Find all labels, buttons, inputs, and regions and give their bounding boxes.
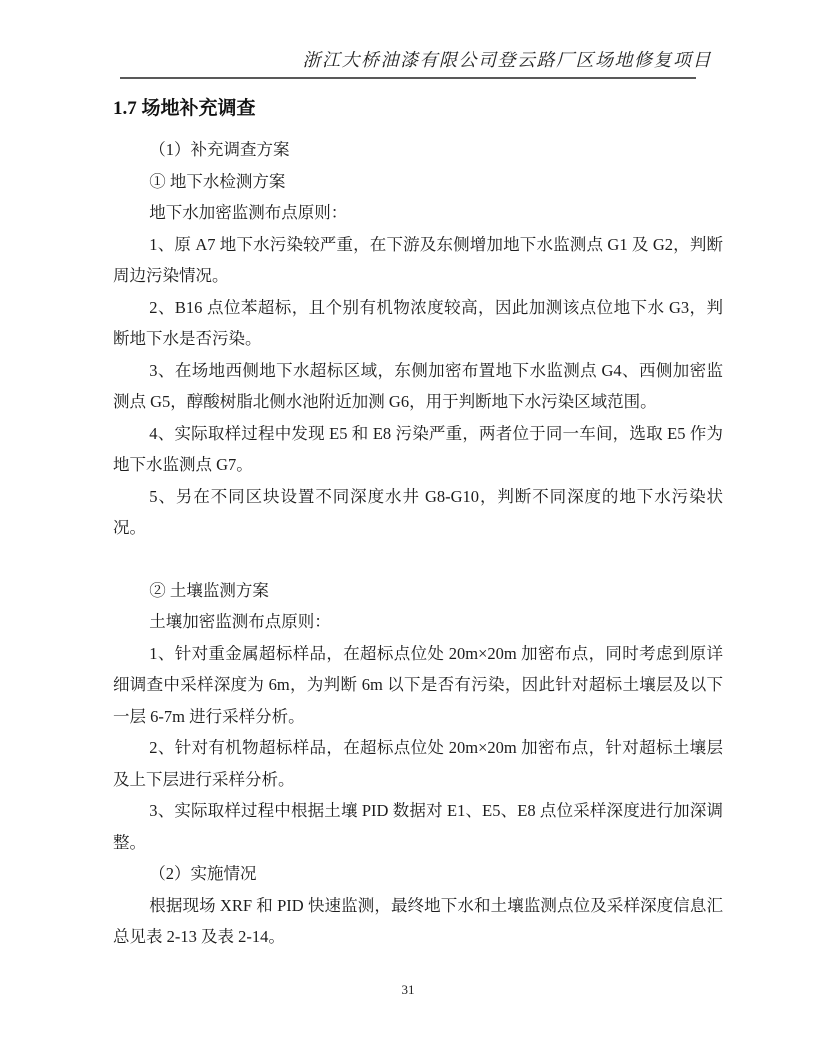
paragraph-groundwater-principle-title: 地下水加密监测布点原则： bbox=[113, 197, 723, 229]
paragraph-spacer bbox=[113, 544, 723, 575]
header-rule bbox=[120, 77, 696, 79]
page-number: 31 bbox=[0, 982, 816, 998]
header-title: 浙江大桥油漆有限公司登云路厂区场地修复项目 bbox=[113, 46, 712, 72]
paragraph-soil-item-3: 3、实际取样过程中根据土壤 PID 数据对 E1、E5、E8 点位采样深度进行加… bbox=[113, 795, 723, 858]
paragraph-implementation-title: （2）实施情况 bbox=[113, 858, 723, 890]
document-body: 1.7 场地补充调查 （1）补充调查方案 ① 地下水检测方案 地下水加密监测布点… bbox=[113, 88, 723, 953]
paragraph-groundwater-item-5: 5、另在不同区块设置不同深度水井 G8-G10，判断不同深度的地下水污染状况。 bbox=[113, 481, 723, 544]
section-heading: 1.7 场地补充调查 bbox=[113, 98, 723, 120]
paragraph-soil-item-2: 2、针对有机物超标样品，在超标点位处 20m×20m 加密布点，针对超标土壤层及… bbox=[113, 732, 723, 795]
paragraph-groundwater-item-1: 1、原 A7 地下水污染较严重，在下游及东侧增加地下水监测点 G1 及 G2，判… bbox=[113, 229, 723, 292]
paragraph-soil-principle-title: 土壤加密监测布点原则： bbox=[113, 606, 723, 638]
paragraph-soil-plan-title: ② 土壤监测方案 bbox=[113, 575, 723, 607]
document-page: 浙江大桥油漆有限公司登云路厂区场地修复项目 1.7 场地补充调查 （1）补充调查… bbox=[0, 0, 816, 1056]
paragraph-implementation-summary: 根据现场 XRF 和 PID 快速监测，最终地下水和土壤监测点位及采样深度信息汇… bbox=[113, 890, 723, 953]
paragraph-groundwater-item-3: 3、在场地西侧地下水超标区域，东侧加密布置地下水监测点 G4、西侧加密监测点 G… bbox=[113, 355, 723, 418]
paragraph-groundwater-item-4: 4、实际取样过程中发现 E5 和 E8 污染严重，两者位于同一车间，选取 E5 … bbox=[113, 418, 723, 481]
paragraph-groundwater-item-2: 2、B16 点位苯超标，且个别有机物浓度较高，因此加测该点位地下水 G3，判断地… bbox=[113, 292, 723, 355]
paragraph-supplementary-survey-plan: （1）补充调查方案 bbox=[113, 134, 723, 166]
paragraph-groundwater-plan-title: ① 地下水检测方案 bbox=[113, 166, 723, 198]
paragraph-soil-item-1: 1、针对重金属超标样品，在超标点位处 20m×20m 加密布点，同时考虑到原详细… bbox=[113, 638, 723, 733]
